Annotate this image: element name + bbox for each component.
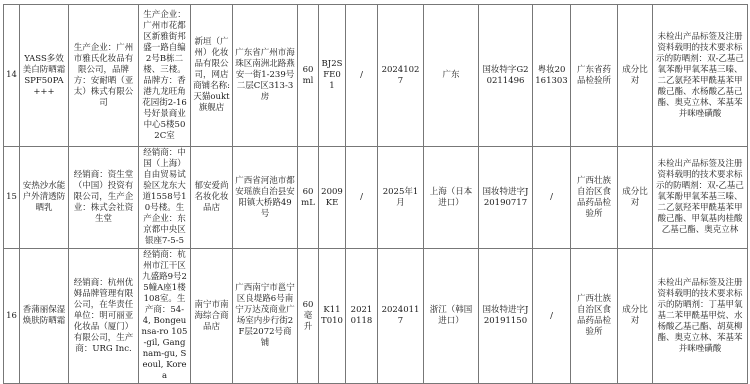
cell-sampled-unit-address: 广西南宁市邕宁区良堤路6号南宁万达茂商业广场室内步行街2F层2072号商铺 [233,249,298,380]
cell-production-date: / [346,147,378,249]
cell-production-license: 粤妆20161303 [533,5,571,147]
cell-testing-institution: 广西壮族自治区食品药品检验所 [571,147,618,249]
cell-manufacturer-address: 生产企业：广州市花都区新雅街邦盛一路自编2号B栋二楼、三楼。品牌方：香港九龙旺角… [139,5,191,147]
cell-test-item: 成分比对 [618,147,653,249]
cell-testing-institution: 广东省药品检验所 [571,5,618,147]
cell-expiry-date: 2025年1月 [378,147,424,249]
cell-batch-number: 2009KE [319,147,346,249]
cell-registration-number: 国妆特字G20211496 [479,5,533,147]
cell-sampled-unit: 郁安爱尚名妆化妆品店 [191,147,233,249]
cell-sampled-unit: 南宁市南海综合商品店 [191,249,233,380]
cell-labeled-manufacturer: 生产企业：广州市雅氏化妆品有限公司，品牌方：安耐晒（亚太）株式有限公司 [69,5,139,147]
cell-production-license: / [533,249,571,380]
cell-production-date: 20210118 [346,249,378,380]
cell-manufacturer-address: 经销商：中国（上海）自由贸易试验区龙东大道1558号10号楼。生产企业：东京都中… [139,147,191,249]
table-row-16: 16 香蒲丽保湿焕肤防晒霜 经销商：杭州优姆品牌管理有限公司，在华责任单位：明可… [4,249,748,380]
cell-specification: 60毫升 [298,249,319,380]
cell-test-item: 成分比对 [618,5,653,147]
cell-test-item: 成分比对 [618,249,653,380]
cell-sampled-unit: 新垣（广州）化妆品有限公司，网店商铺名称:天猫oukt旗舰店 [191,5,233,147]
cell-batch-number: BJ2SFE01 [319,5,346,147]
cell-production-license: / [533,147,571,249]
cell-registration-number: 国妆特进字J20190717 [479,147,533,249]
cell-production-date: / [346,5,378,147]
cell-sampled-unit-address: 广东省广州市海珠区南洲北路燕安一街1-239号二层C区313-3房 [233,5,298,147]
cell-seq-no: 16 [4,249,20,380]
cell-labeled-manufacturer: 经销商：杭州优姆品牌管理有限公司，在华责任单位：明可丽亚化妆品（厦门）有限公司，… [69,249,139,380]
cell-test-result: 未检出产品标签及注册资料载明的技术要求标示的防晒剂：双-乙基己氧苯酚甲氧苯基三嗪… [653,147,748,249]
cell-sampling-region: 广东 [424,5,479,147]
cell-test-result: 未检出产品标签及注册资料载明的技术要求标示的防晒剂：丁基甲氧基二苯甲酰基甲烷、水… [653,249,748,380]
cell-product-name: 香蒲丽保湿焕肤防晒霜 [20,249,69,380]
cell-sampled-unit-address: 广西省河池市都安瑶族自治县安阳镇大桥路49号 [233,147,298,249]
cell-labeled-manufacturer: 经销商：资生堂（中国）投资有限公司，生产企业：株式会社资生堂 [69,147,139,249]
cell-registration-number: 国妆特进字J20191150 [479,249,533,380]
inspection-results-table: 14 YASS多效美白防晒霜SPF50PA+++ 生产企业：广州市雅氏化妆品有限… [3,4,748,379]
cell-manufacturer-address: 经销商：杭州市江干区九盛路9号25幢A座1楼108室。生产商：54-4, Bon… [139,249,191,380]
cell-expiry-date: 20241027 [378,5,424,147]
table-row-14: 14 YASS多效美白防晒霜SPF50PA+++ 生产企业：广州市雅氏化妆品有限… [4,5,748,147]
cell-product-name: 安热沙水能户外清透防晒乳 [20,147,69,249]
cell-seq-no: 15 [4,147,20,249]
cell-batch-number: K11T010 [319,249,346,380]
cell-specification: 60ml [298,5,319,147]
cell-specification: 60mL [298,147,319,249]
cell-expiry-date: 20240117 [378,249,424,380]
cell-sampling-region: 浙江（韩国进口） [424,249,479,380]
cell-sampling-region: 上海（日本进口） [424,147,479,249]
inspection-table-wrap: 14 YASS多效美白防晒霜SPF50PA+++ 生产企业：广州市雅氏化妆品有限… [3,4,748,379]
cell-product-name: YASS多效美白防晒霜SPF50PA+++ [20,5,69,147]
cell-seq-no: 14 [4,5,20,147]
cell-test-result: 未检出产品标签及注册资料载明的技术要求标示的防晒剂：双-乙基己氧苯酚甲氧苯基三嗪… [653,5,748,147]
table-row-15: 15 安热沙水能户外清透防晒乳 经销商：资生堂（中国）投资有限公司，生产企业：株… [4,147,748,249]
cell-testing-institution: 广西壮族自治区食品药品检验所 [571,249,618,380]
